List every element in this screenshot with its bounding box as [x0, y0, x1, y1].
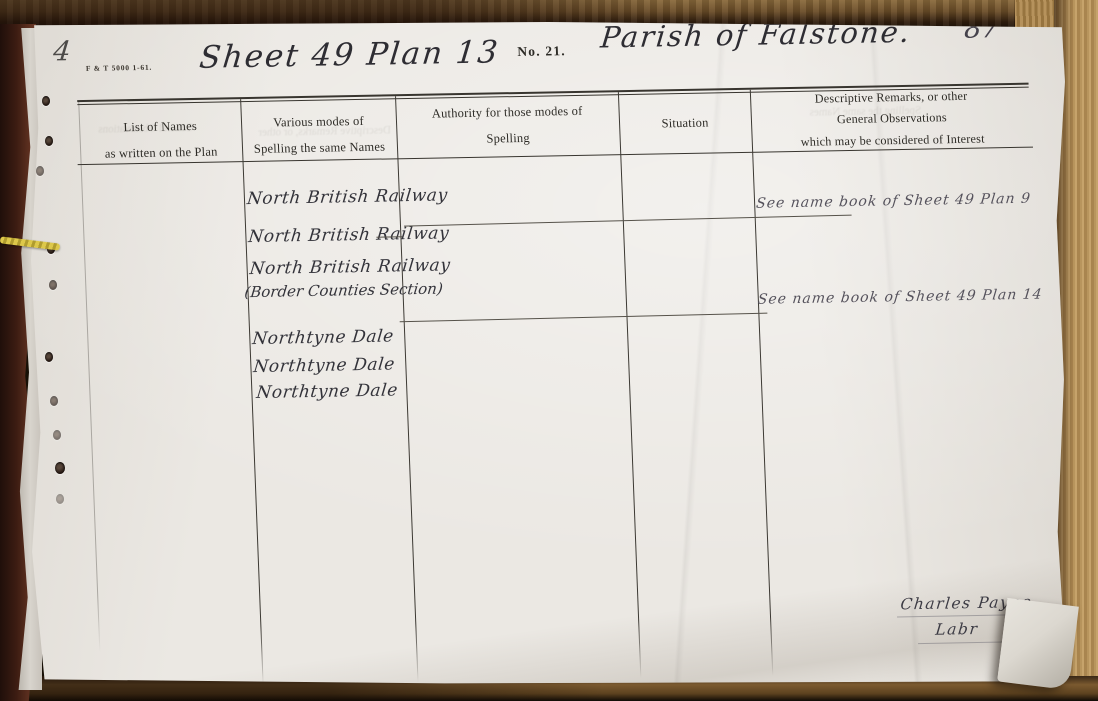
scanned-name-book-photo: 4 F & T 5000 1-61. Sheet 49 Plan 13 No. …	[0, 0, 1098, 701]
stitch-hole	[45, 352, 53, 362]
sheet-content: 4 F & T 5000 1-61. Sheet 49 Plan 13 No. …	[17, 12, 1078, 693]
page-corner-curl	[997, 598, 1079, 690]
bleed-through-ghost: Spelling the same Names	[809, 105, 921, 119]
form-code: F & T 5000 1-61.	[86, 63, 153, 73]
column-header-authority: Authority for those modes of Spelling	[395, 98, 620, 153]
corner-number: 4	[52, 36, 72, 67]
stitch-hole	[42, 96, 50, 106]
remark-connector-line	[404, 215, 852, 227]
spelling-entry: Northtyne Dale	[255, 380, 398, 403]
sheet-plan-title: Sheet 49 Plan 13	[198, 34, 501, 76]
spelling-entry: (Border Counties Section)	[244, 280, 444, 302]
header-line: which may be considered of Interest	[751, 127, 1034, 154]
stitch-hole	[53, 430, 61, 440]
stitch-hole	[55, 462, 65, 474]
column-header-list-of-names: List of Names as written on the Plan	[79, 113, 243, 167]
table-left-rule	[78, 102, 100, 652]
column-header-remarks: Descriptive Remarks, or other General Ob…	[750, 85, 1034, 154]
column-rule-2	[395, 96, 419, 682]
stitch-hole	[50, 396, 58, 406]
spelling-entry: North British Railway	[246, 185, 449, 209]
column-header-situation: Situation	[619, 110, 752, 138]
header-line: Spelling	[396, 124, 620, 154]
remark-connector-line	[400, 313, 768, 323]
bleed-through-ghost: Descriptive Remarks, or other	[258, 124, 391, 138]
signature-role: Labr	[935, 620, 980, 639]
remark-note: See name book of Sheet 49 Plan 14	[757, 287, 1043, 308]
stitch-hole	[36, 166, 44, 176]
column-rule-4	[750, 90, 774, 676]
stitch-hole	[56, 494, 64, 504]
spelling-entry: North British Railway	[247, 223, 450, 247]
remark-note: See name book of Sheet 49 Plan 9	[755, 191, 1031, 212]
page-no-label: No. 21.	[517, 43, 566, 60]
column-rule-3	[618, 92, 642, 678]
header-line: as written on the Plan	[80, 139, 243, 168]
spelling-entry: North British Railway	[249, 255, 452, 279]
spelling-entry: Northtyne Dale	[251, 326, 394, 349]
header-line: Situation	[619, 110, 752, 138]
bleed-through-ghost: General Observations	[98, 122, 194, 136]
spelling-entry: Northtyne Dale	[252, 354, 395, 377]
stitch-hole	[45, 136, 53, 146]
name-book-page: 4 F & T 5000 1-61. Sheet 49 Plan 13 No. …	[30, 22, 1066, 684]
stitch-hole	[49, 280, 57, 290]
